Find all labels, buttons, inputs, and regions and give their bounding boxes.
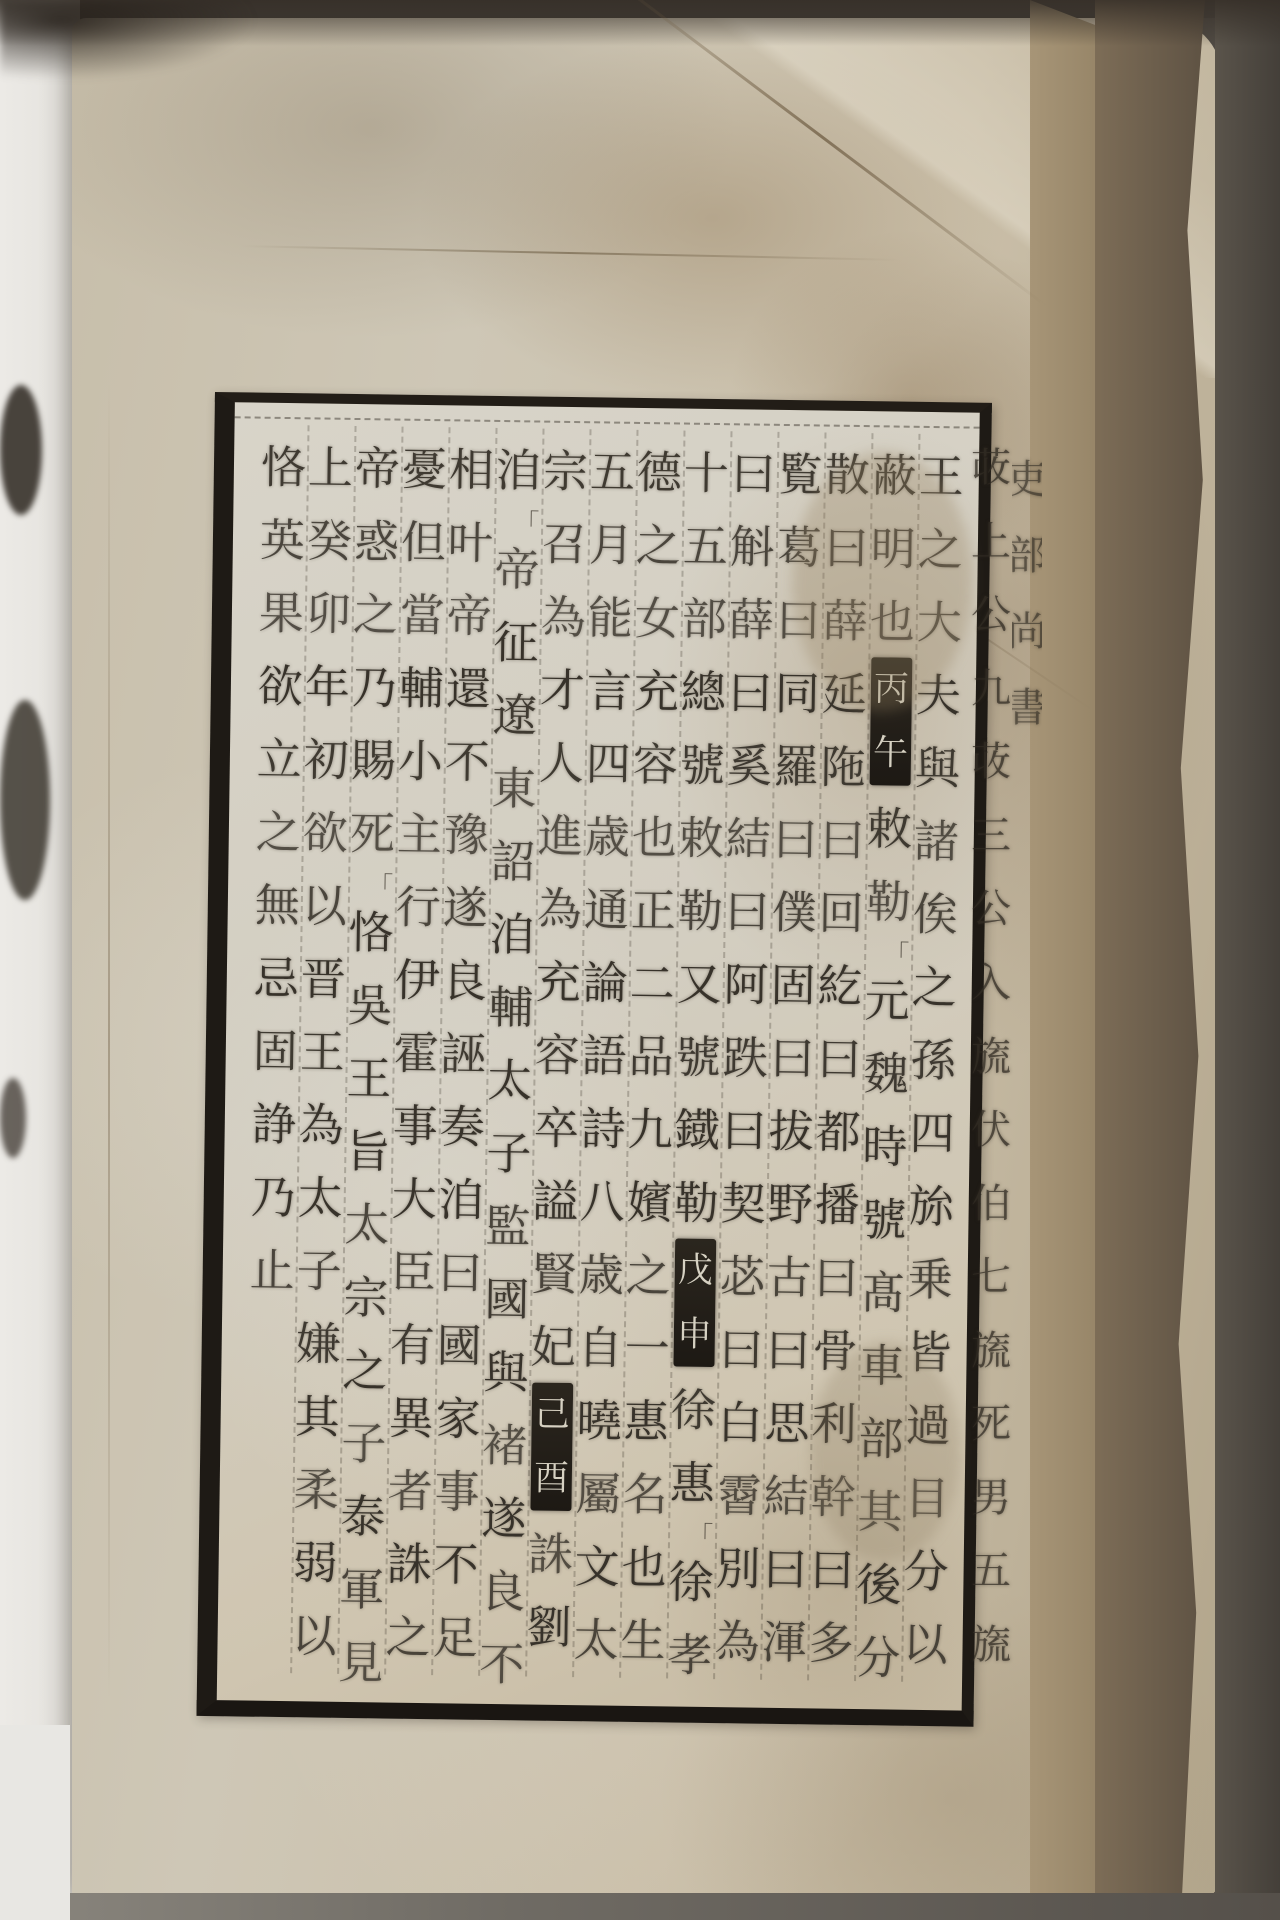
printed-character: 叶 xyxy=(446,502,494,576)
printed-character: 良 xyxy=(440,940,488,1014)
printed-character: 播 xyxy=(813,1164,861,1238)
edge-fragment-character: 男 xyxy=(968,1457,1014,1531)
printed-character: 洎 xyxy=(488,894,536,968)
printed-character: 以 xyxy=(290,1595,338,1669)
printed-character: 也 xyxy=(630,797,678,871)
printed-character: 監 xyxy=(484,1186,532,1260)
printed-character: 固 xyxy=(251,1011,299,1085)
printed-character: 羅 xyxy=(772,726,820,800)
printed-character: 宗 xyxy=(342,1257,390,1331)
printed-character: 欲 xyxy=(301,792,349,866)
printed-character: 柔 xyxy=(292,1449,340,1523)
printed-character: 能 xyxy=(586,577,634,651)
printed-character: 容 xyxy=(631,724,679,798)
printed-character: 大 xyxy=(390,1159,438,1233)
printed-character: 曰 xyxy=(717,1309,765,1383)
printed-character: 十 xyxy=(682,433,730,507)
printed-character: 晋 xyxy=(299,938,347,1012)
printed-character: 輔 xyxy=(487,967,535,1041)
printed-character: 二 xyxy=(628,943,676,1017)
printed-character: 斛 xyxy=(728,506,776,580)
printed-character: 結 xyxy=(762,1456,810,1530)
printed-character: 與 xyxy=(482,1332,530,1406)
printed-character: 軍 xyxy=(338,1549,386,1623)
printed-character: 無 xyxy=(253,865,301,939)
facing-surface-strip xyxy=(0,0,80,1920)
printed-character: 與 xyxy=(913,728,961,802)
printed-character: 文 xyxy=(573,1526,621,1600)
printed-character: 子 xyxy=(295,1230,343,1304)
printed-character: 一 xyxy=(623,1308,671,1382)
bottom-edge-shadow xyxy=(0,1893,1280,1920)
printed-character: 正 xyxy=(629,870,677,944)
printed-character: 旨 xyxy=(344,1111,392,1185)
printed-character: 遂 xyxy=(480,1478,528,1552)
printed-character: 髙 xyxy=(859,1252,907,1326)
printed-character: 宗 xyxy=(541,431,589,505)
printed-character: 進 xyxy=(536,796,584,870)
edge-fragment-character: 尚 xyxy=(1012,590,1042,666)
printed-character: 之 xyxy=(634,505,682,579)
printed-character: 俟 xyxy=(911,874,959,948)
printed-character: 九 xyxy=(626,1089,674,1163)
printed-character: 生 xyxy=(619,1600,667,1674)
edge-fragment-character: 旒 xyxy=(968,1016,1014,1090)
printed-character: 時 xyxy=(861,1106,909,1180)
printed-character: 都 xyxy=(814,1091,862,1165)
printed-character: 敕 xyxy=(866,788,914,862)
printed-character: 奚 xyxy=(725,725,773,799)
printed-character: 陁 xyxy=(819,726,867,800)
printed-character: 東 xyxy=(490,748,538,822)
printed-character: 惠 xyxy=(622,1381,670,1455)
printed-character: 語 xyxy=(580,1015,628,1089)
printed-character: 四 xyxy=(584,723,632,797)
printed-character: 諍 xyxy=(250,1084,298,1158)
printed-character: 英 xyxy=(258,500,306,574)
printed-character: 曰 xyxy=(768,1018,816,1092)
printed-character: 足 xyxy=(431,1597,479,1671)
printed-character: 國 xyxy=(483,1259,531,1333)
printed-character: 卒 xyxy=(532,1088,580,1162)
edge-fragment-character: 死 xyxy=(968,1384,1014,1458)
printed-character: 遂 xyxy=(441,867,489,941)
printed-character: 曰 xyxy=(720,1090,768,1164)
edge-fragment-character: 公 xyxy=(968,575,1014,649)
edge-fragment-character: 五 xyxy=(968,1531,1014,1605)
printed-character: 曰 xyxy=(761,1529,809,1603)
printed-character: 誅 xyxy=(385,1524,433,1598)
printed-character: 之 xyxy=(351,574,399,648)
edge-fragment-character: 旒 xyxy=(968,1310,1014,1384)
printed-character: 號 xyxy=(678,725,726,799)
year-marker-box: 己酉 xyxy=(530,1383,573,1512)
printed-character: 論 xyxy=(581,942,629,1016)
printed-character: 吳 xyxy=(346,965,394,1039)
printed-character: 為 xyxy=(297,1084,345,1158)
printed-character: 其 xyxy=(293,1376,341,1450)
printed-character: 五 xyxy=(681,506,729,580)
printed-character: 太 xyxy=(486,1040,534,1114)
printed-character: 四 xyxy=(908,1093,956,1167)
printed-character: 臣 xyxy=(389,1232,437,1306)
year-marker-box: 戊申 xyxy=(673,1239,716,1368)
printed-character: 泰 xyxy=(339,1476,387,1550)
printed-character: 誅 xyxy=(526,1513,574,1587)
printed-character: 輔 xyxy=(397,648,445,722)
printed-character: 分 xyxy=(854,1617,902,1691)
printed-character: 之 xyxy=(910,947,958,1021)
printed-character: 之 xyxy=(384,1596,432,1670)
printed-character: 曰 xyxy=(729,433,777,507)
edge-fragment-character: 書 xyxy=(1012,666,1042,742)
edge-fragment-column: 荍上公九荍三公入旒伏伯七旒死男五旒 xyxy=(968,428,1014,1678)
printed-character: 諸 xyxy=(912,801,960,875)
printed-character: 有 xyxy=(388,1305,436,1379)
printed-character: 立 xyxy=(255,719,303,793)
torn-page-edge-inner xyxy=(1095,0,1205,1920)
printed-character: 曰 xyxy=(436,1232,484,1306)
printed-character: 曰 xyxy=(723,871,771,945)
printed-character: 之 xyxy=(624,1235,672,1309)
printed-character: 還 xyxy=(444,648,492,722)
printed-character: 太 xyxy=(296,1157,344,1231)
edge-fragment-character: 伯 xyxy=(968,1163,1014,1237)
printed-character: 魏 xyxy=(862,1033,910,1107)
ink-blotch xyxy=(0,385,42,515)
printed-character: 詔 xyxy=(489,821,537,895)
printed-character: 旀 xyxy=(907,1166,955,1240)
printed-character: 太 xyxy=(343,1184,391,1258)
printed-character: 又 xyxy=(675,943,723,1017)
printed-character: 充 xyxy=(632,651,680,725)
printed-character: 止 xyxy=(248,1230,296,1304)
printed-character: 薛 xyxy=(727,579,775,653)
printed-character: 事 xyxy=(433,1451,481,1525)
printed-character: 良 xyxy=(479,1551,527,1625)
printed-character: 阿 xyxy=(722,944,770,1018)
printed-character: 勒 xyxy=(676,871,724,945)
edge-fragment-character: 伏 xyxy=(968,1090,1014,1164)
printed-character: 召 xyxy=(540,504,588,578)
printed-character: 野 xyxy=(766,1164,814,1238)
printed-character: 遼 xyxy=(491,675,539,749)
ink-blotch xyxy=(0,700,50,900)
printed-character: 賢 xyxy=(530,1233,578,1307)
edge-fragment-character: 荍 xyxy=(968,428,1014,502)
printed-character: 主 xyxy=(395,794,443,868)
printed-character: 孫 xyxy=(909,1020,957,1094)
edge-fragment-character: 九 xyxy=(968,649,1014,723)
printed-character: 回 xyxy=(817,872,865,946)
photo-of-book-page: 王之大夫與諸俟之孫四旀乗皆過目分以蔽明也丙午敕勒「元魏時號髙車部其後分散曰薛延陁… xyxy=(0,0,1280,1920)
printed-character: 但 xyxy=(399,502,447,576)
printed-character: 帝 xyxy=(445,575,493,649)
printed-character: 歳 xyxy=(583,796,631,870)
annotation-bracket-mark: 「 xyxy=(348,866,395,893)
printed-character: 曉 xyxy=(575,1380,623,1454)
printed-character: 忌 xyxy=(252,938,300,1012)
printed-character: 初 xyxy=(302,719,350,793)
printed-character: 小 xyxy=(396,721,444,795)
edge-fragment-character: 荍 xyxy=(968,722,1014,796)
printed-character: 總 xyxy=(679,652,727,726)
printed-character: 多 xyxy=(807,1602,855,1676)
bottom-left-surface xyxy=(0,1725,70,1920)
printed-character: 惑 xyxy=(352,501,400,575)
printed-character: 為 xyxy=(713,1601,761,1675)
printed-character: 曰 xyxy=(771,799,819,873)
printed-character: 賜 xyxy=(349,720,397,794)
printed-character: 褚 xyxy=(481,1405,529,1479)
edge-fragment-character: 七 xyxy=(968,1237,1014,1311)
printed-character: 劉 xyxy=(525,1586,573,1660)
printed-character: 號 xyxy=(674,1016,722,1090)
printed-character: 為 xyxy=(535,869,583,943)
printed-character: 五 xyxy=(588,431,636,505)
printed-character: 王 xyxy=(345,1038,393,1112)
printed-character: 容 xyxy=(533,1015,581,1089)
printed-character: 卯 xyxy=(304,573,352,647)
printed-character: 奏 xyxy=(438,1086,486,1160)
printed-character: 帝 xyxy=(493,529,541,603)
printed-character: 洎 xyxy=(437,1159,485,1233)
printed-character: 行 xyxy=(394,867,442,941)
printed-character: 月 xyxy=(587,504,635,578)
printed-character: 自 xyxy=(576,1307,624,1381)
printed-character: 渾 xyxy=(760,1602,808,1676)
printed-character: 當 xyxy=(398,575,446,649)
printed-character: 徐 xyxy=(669,1369,717,1443)
printed-character: 乗 xyxy=(906,1239,954,1313)
printed-character: 子 xyxy=(485,1113,533,1187)
edge-fragment-character: 入 xyxy=(968,943,1014,1017)
printed-character: 乃 xyxy=(350,647,398,721)
edge-fragment-character: 三 xyxy=(968,796,1014,870)
edge-fragment-column: 吏部尚書 xyxy=(1012,438,1042,1138)
printed-character: 癸 xyxy=(305,500,353,574)
printed-character: 別 xyxy=(714,1528,762,1602)
annotation-bracket-mark: 「 xyxy=(668,1515,715,1542)
printed-character: 征 xyxy=(492,602,540,676)
printed-character: 德 xyxy=(635,432,683,506)
printed-character: 拔 xyxy=(767,1091,815,1165)
ink-blotch xyxy=(0,1078,26,1158)
text-columns: 王之大夫與諸俟之孫四旀乗皆過目分以蔽明也丙午敕勒「元魏時號髙車部其後分散曰薛延陁… xyxy=(235,402,980,412)
printed-character: 勒 xyxy=(864,861,912,935)
printed-character: 異 xyxy=(387,1378,435,1452)
printed-character: 嬪 xyxy=(625,1162,673,1236)
printed-character: 子 xyxy=(340,1403,388,1477)
printed-character: 八 xyxy=(578,1161,626,1235)
annotation-bracket-mark: 「 xyxy=(494,503,541,530)
printed-character: 曰 xyxy=(726,652,774,726)
printed-character: 紇 xyxy=(816,945,864,1019)
printed-character: 女 xyxy=(633,578,681,652)
printed-character: 品 xyxy=(627,1016,675,1090)
printed-character: 孝 xyxy=(666,1614,714,1688)
printed-character: 謚 xyxy=(531,1161,579,1235)
edge-fragment-character: 上 xyxy=(968,502,1014,576)
printed-character: 也 xyxy=(620,1527,668,1601)
printed-character: 年 xyxy=(303,646,351,720)
printed-character: 白 xyxy=(716,1382,764,1456)
printed-character: 伊 xyxy=(393,940,441,1014)
printed-character: 詩 xyxy=(579,1088,627,1162)
printed-character: 不 xyxy=(478,1624,526,1698)
frame-inner-rule xyxy=(235,416,980,428)
printed-character: 霍 xyxy=(392,1013,440,1087)
top-left-dark-patch xyxy=(0,0,300,120)
printed-character: 太 xyxy=(572,1599,620,1673)
edge-fragment-character: 旒 xyxy=(968,1605,1014,1679)
printed-character: 不 xyxy=(432,1524,480,1598)
printed-character: 以 xyxy=(300,865,348,939)
printed-character: 上 xyxy=(306,427,354,501)
printed-character: 國 xyxy=(435,1305,483,1379)
background-sliver xyxy=(1215,0,1280,1920)
printed-character: 屬 xyxy=(574,1453,622,1527)
printed-character: 事 xyxy=(391,1086,439,1160)
printed-character: 曰 xyxy=(815,1018,863,1092)
printed-character: 之 xyxy=(254,792,302,866)
printed-character: 洎 xyxy=(494,430,542,504)
printed-character: 思 xyxy=(763,1383,811,1457)
printed-character: 霫 xyxy=(715,1455,763,1529)
printed-character: 嫌 xyxy=(294,1303,342,1377)
printed-character: 言 xyxy=(585,650,633,724)
printed-character: 曰 xyxy=(818,799,866,873)
printed-character: 人 xyxy=(537,723,585,797)
column-dividers xyxy=(235,402,980,412)
printed-character: 王 xyxy=(298,1011,346,1085)
printed-character: 歳 xyxy=(577,1234,625,1308)
printed-character: 果 xyxy=(257,573,305,647)
printed-character: 家 xyxy=(434,1378,482,1452)
printed-character: 恪 xyxy=(260,427,308,501)
crease-line xyxy=(108,380,110,1700)
printed-character: 苾 xyxy=(718,1236,766,1310)
printed-character: 結 xyxy=(724,798,772,872)
printed-character: 曰 xyxy=(764,1310,812,1384)
printed-character: 見 xyxy=(337,1622,385,1696)
printed-character: 名 xyxy=(621,1454,669,1528)
printed-character: 徐 xyxy=(667,1541,715,1615)
printed-character: 以 xyxy=(901,1604,949,1678)
printed-character: 誣 xyxy=(439,1013,487,1087)
printed-character: 敕 xyxy=(677,798,725,872)
printed-character: 號 xyxy=(860,1179,908,1253)
printed-character: 欲 xyxy=(256,646,304,720)
printed-character: 契 xyxy=(719,1163,767,1237)
printed-character: 為 xyxy=(539,577,587,651)
printed-character: 者 xyxy=(386,1451,434,1525)
printed-character: 古 xyxy=(765,1237,813,1311)
printed-character: 乃 xyxy=(249,1157,297,1231)
printed-character: 恪 xyxy=(347,892,395,966)
printed-character: 僕 xyxy=(770,872,818,946)
printed-text-frame: 王之大夫與諸俟之孫四旀乗皆過目分以蔽明也丙午敕勒「元魏時號髙車部其後分散曰薛延陁… xyxy=(197,392,992,1727)
edge-fragment-character: 部 xyxy=(1012,514,1042,590)
printed-character: 部 xyxy=(680,579,728,653)
printed-character: 跌 xyxy=(721,1017,769,1091)
printed-character: 元 xyxy=(863,960,911,1034)
printed-character: 固 xyxy=(769,945,817,1019)
printed-character: 弱 xyxy=(291,1522,339,1596)
printed-character: 勒 xyxy=(672,1162,720,1236)
printed-character: 相 xyxy=(447,429,495,503)
printed-character: 惠 xyxy=(668,1442,716,1516)
printed-character: 才 xyxy=(538,650,586,724)
printed-character: 通 xyxy=(582,869,630,943)
printed-character: 妃 xyxy=(529,1306,577,1380)
printed-character: 憂 xyxy=(400,429,448,503)
printed-character: 之 xyxy=(341,1330,389,1404)
printed-character: 充 xyxy=(534,942,582,1016)
printed-character: 豫 xyxy=(442,794,490,868)
printed-character: 不 xyxy=(443,721,491,795)
edge-fragment-character: 公 xyxy=(968,869,1014,943)
printed-character: 曰 xyxy=(812,1237,860,1311)
printed-character: 帝 xyxy=(353,428,401,502)
printed-character: 死 xyxy=(348,793,396,867)
printed-character: 鐡 xyxy=(673,1089,721,1163)
annotation-bracket-mark: 「 xyxy=(864,934,911,961)
edge-fragment-character: 吏 xyxy=(1012,438,1042,514)
